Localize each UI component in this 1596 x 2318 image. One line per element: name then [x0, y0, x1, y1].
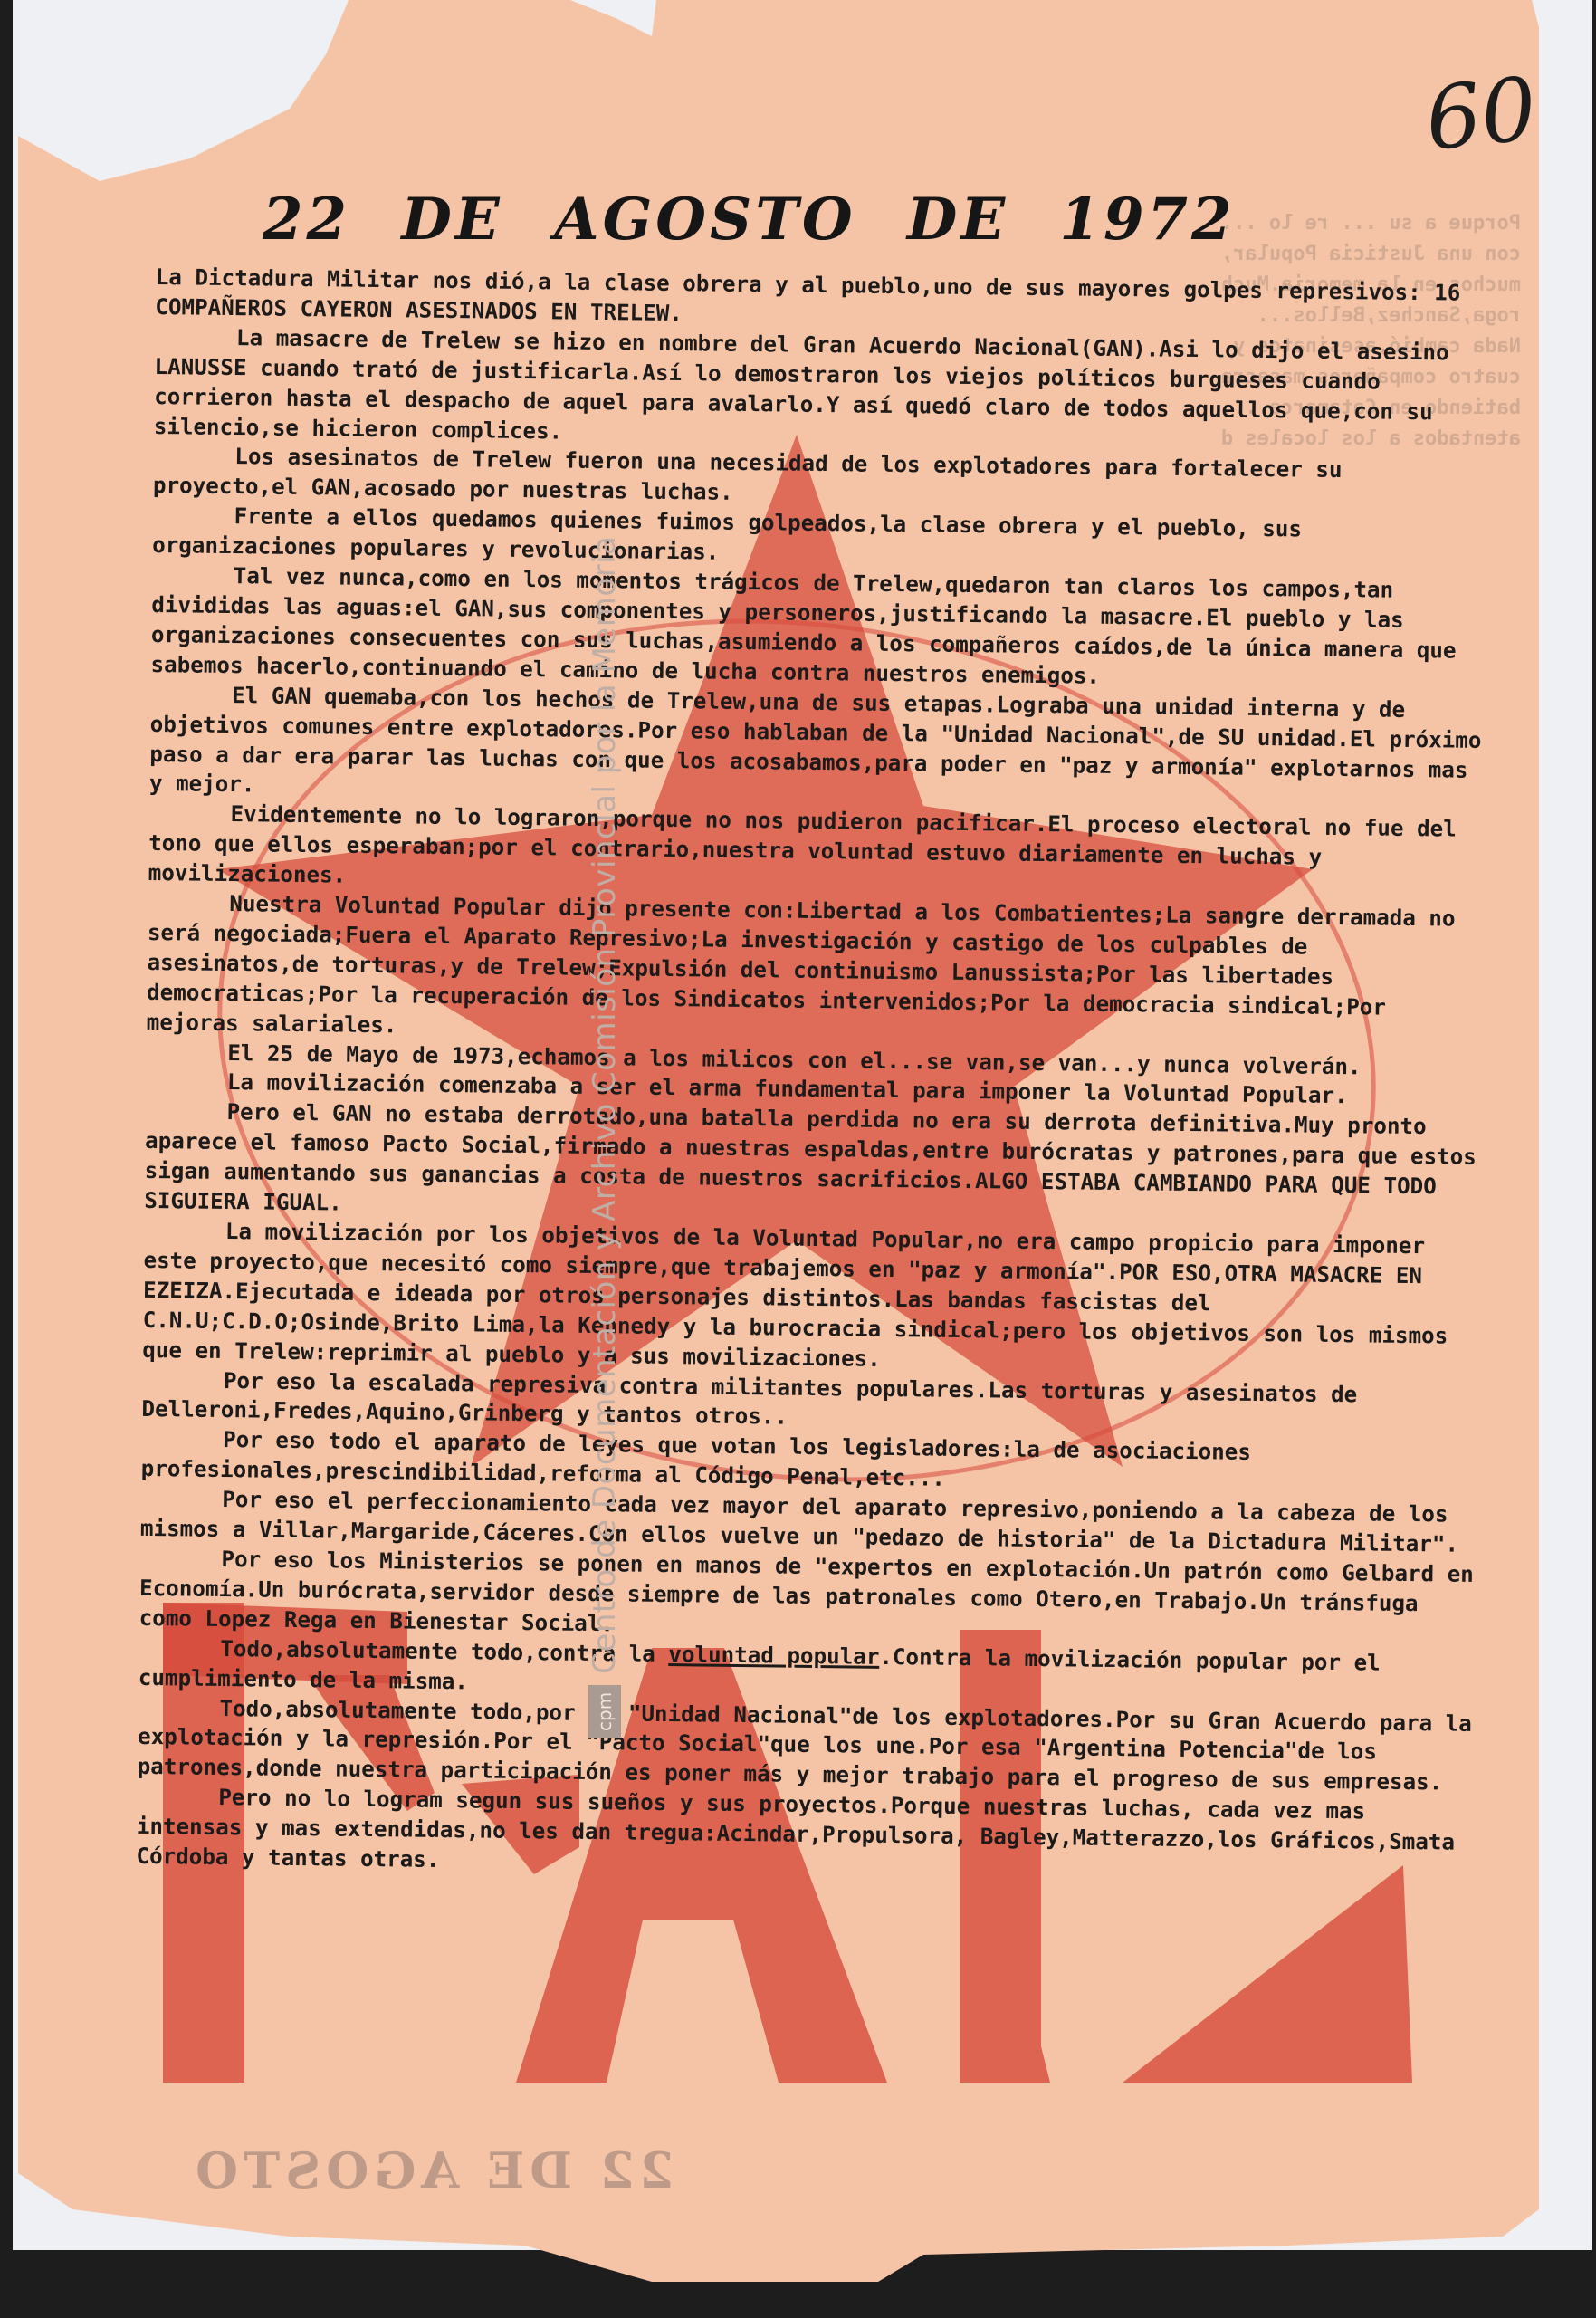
paragraph: La masacre de Trelew se hizo en nombre d…	[154, 322, 1495, 458]
paragraph: Por eso los Ministerios se ponen en mano…	[139, 1544, 1480, 1650]
paragraph: Pero el GAN no estaba derrotado,una bata…	[144, 1097, 1485, 1232]
paragraph: Nuestra Voluntad Popular dijo presente c…	[147, 888, 1488, 1054]
paragraph: El GAN quemaba,con los hechos de Trelew,…	[149, 680, 1490, 816]
paragraph: Tal vez nunca,como en los momentos trági…	[150, 560, 1491, 696]
cpm-logo-badge: cpm	[588, 1685, 621, 1738]
document-body: La Dictadura Militar nos dió,a la clase …	[136, 263, 1496, 1888]
underlined-phrase: voluntad popular	[668, 1642, 879, 1670]
paragraph: La movilización por los objetivos de la …	[142, 1216, 1484, 1382]
archive-watermark: cpm Centro de Documentación y Archivo Co…	[16, 1704, 1193, 1738]
paragraph: Pero no lo logram segun sus sueños y sus…	[136, 1782, 1477, 1888]
archive-watermark-text: Centro de Documentación y Archivo Comisi…	[587, 536, 623, 1674]
handwritten-page-number: 60	[1420, 58, 1541, 170]
bleed-through-title-bottom: 22 DE AGOSTO	[190, 2141, 674, 2199]
document-title: 22 DE AGOSTO DE 1972	[263, 186, 1236, 254]
paragraph: Evidentemente no lo lograron,porque no n…	[148, 799, 1489, 905]
